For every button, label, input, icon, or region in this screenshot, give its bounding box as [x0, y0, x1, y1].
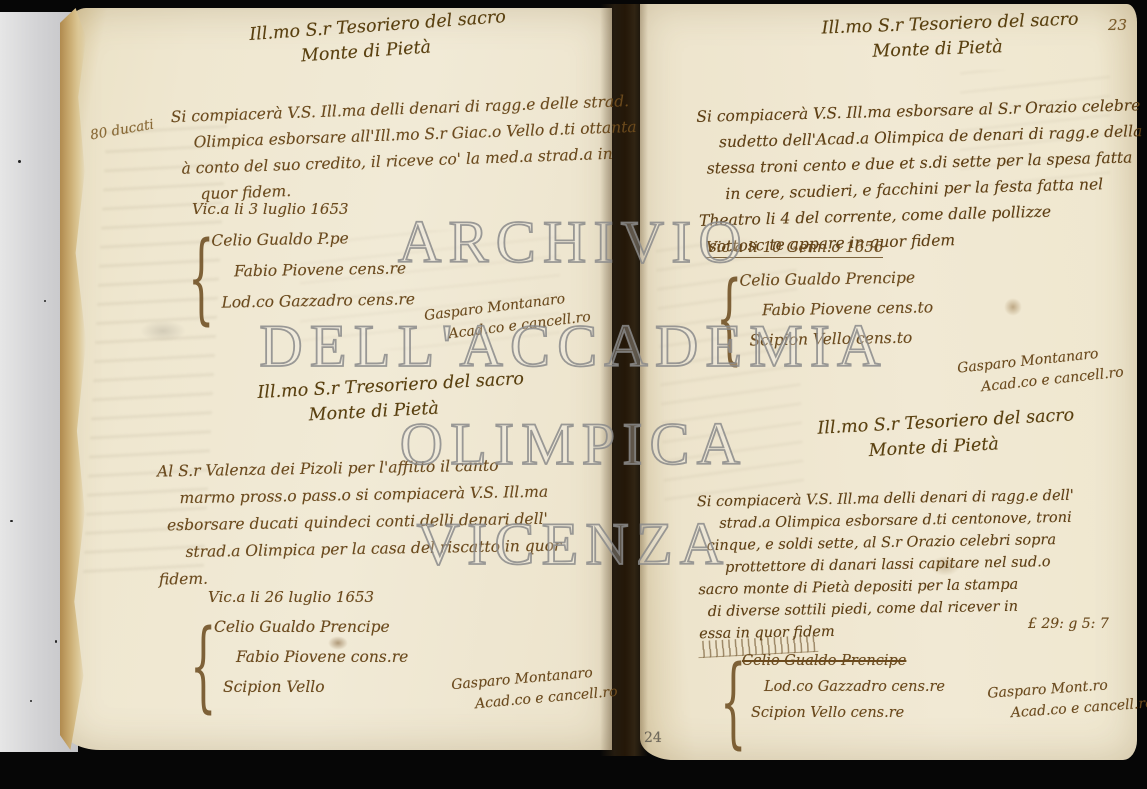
left-entry2-signatures: Celio Gualdo PrencipeFabio Piovene cons.… [214, 612, 408, 702]
dust-speck [30, 700, 32, 702]
signature-line: Scipion Vello [223, 672, 408, 702]
folio-number-top: 23 [1108, 16, 1127, 34]
dust-speck [44, 300, 46, 302]
left-entry1-body: Si compiacerà V.S. Ill.ma delli denari d… [170, 88, 639, 208]
signature-line: Celio Gualdo Prencipe [214, 612, 408, 642]
right-entry2-signatures: Celio Gualdo PrencipeLod.co Gazzadro cen… [742, 648, 945, 726]
watermark-line: VICENZA [0, 514, 1147, 574]
right-entry1-heading: Ill.mo S.r Tesoriero del sacroMonte di P… [821, 8, 1080, 67]
signature-line: Fabio Piovene cons.re [236, 642, 408, 672]
right-entry2-amount: £ 29: g 5: 7 [1028, 616, 1109, 632]
folio-number-bottom: 24 [644, 730, 662, 746]
signature-line: Scipion Vello cens.re [751, 700, 945, 726]
watermark-line: DELL'ACCADEMIA [0, 316, 1147, 376]
signature-line: Celio Gualdo Prencipe [742, 648, 945, 674]
watermark-line: OLIMPICA [0, 414, 1147, 474]
dust-speck [18, 160, 21, 163]
ink-stain [1004, 298, 1022, 316]
signature-brace: { [190, 610, 216, 724]
watermark-line: ARCHIVIO [0, 212, 1147, 272]
signature-line: Lod.co Gazzadro cens.re [764, 674, 945, 700]
dust-speck [55, 640, 57, 643]
left-entry2-date: Vic.a li 26 luglio 1653 [208, 588, 374, 606]
manuscript-scan: Ill.mo S.r Tesoriero del sacroMonte di P… [0, 0, 1147, 789]
